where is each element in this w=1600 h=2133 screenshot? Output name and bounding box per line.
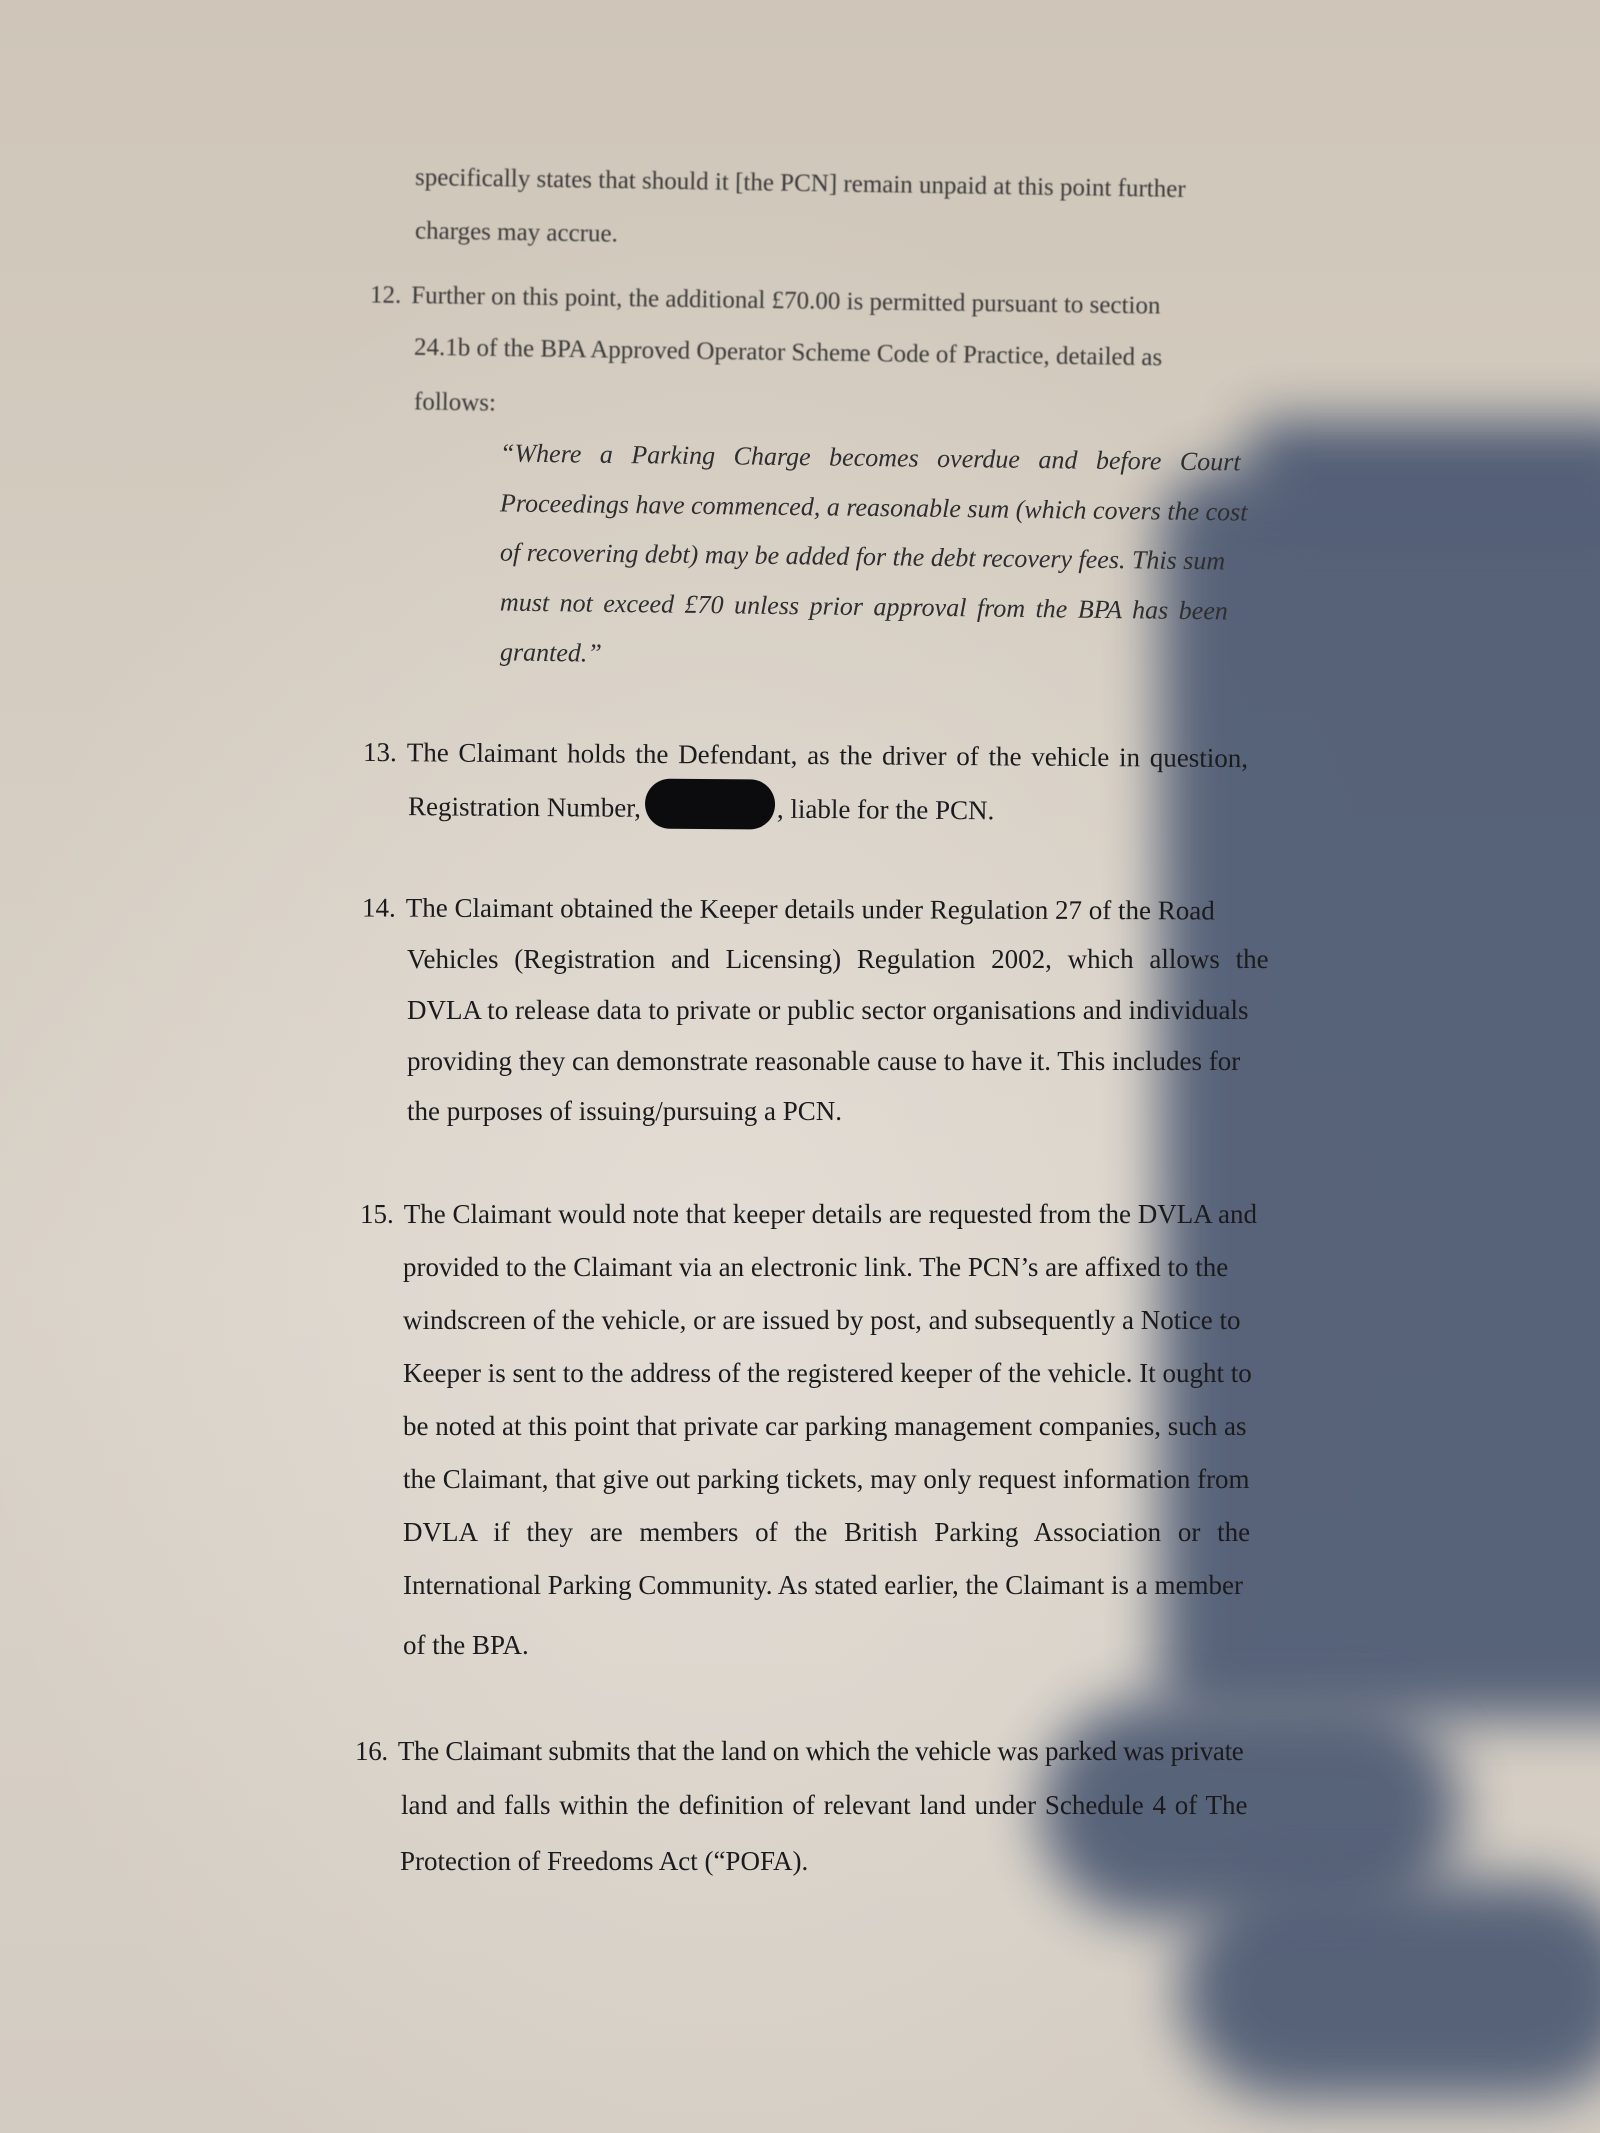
paragraph-line: provided to the Claimant via an electron… xyxy=(403,1254,1228,1281)
paragraph-number: 12. xyxy=(370,281,402,308)
paragraph-number: 13. xyxy=(363,737,397,767)
paragraph-line: land and falls within the definition of … xyxy=(401,1792,1248,1819)
paragraph-line: The Claimant obtained the Keeper details… xyxy=(406,893,1215,926)
paragraph-line: International Parking Community. As stat… xyxy=(403,1572,1243,1599)
paragraph-line: The Claimant holds the Defendant, as the… xyxy=(407,737,1248,773)
quote-line: “Where a Parking Charge becomes overdue … xyxy=(500,440,1241,475)
paragraph-line: Vehicles (Registration and Licensing) Re… xyxy=(407,946,1269,973)
quote-line: Proceedings have commenced, a reasonable… xyxy=(500,490,1248,525)
paragraph-number: 16. xyxy=(355,1736,388,1766)
paragraph-line: DVLA if they are members of the British … xyxy=(403,1519,1250,1546)
quote-line: must not exceed £70 unless prior approva… xyxy=(500,590,1228,625)
quote-line: granted.” xyxy=(500,639,602,666)
paragraph-line: the purposes of issuing/pursuing a PCN. xyxy=(407,1098,842,1125)
carryover-line: specifically states that should it [the … xyxy=(415,165,1323,204)
paragraph-line: 24.1b of the BPA Approved Operator Schem… xyxy=(414,335,1162,370)
paragraph-number: 14. xyxy=(362,893,396,923)
paragraph-line: The Claimant would note that keeper deta… xyxy=(404,1199,1257,1229)
paragraph-line: Further on this point, the additional £7… xyxy=(411,282,1161,319)
paragraph-line: DVLA to release data to private or publi… xyxy=(407,997,1249,1024)
paragraph-line: of the BPA. xyxy=(403,1632,529,1659)
hand-shadow xyxy=(1250,420,1600,520)
paragraph-number: 15. xyxy=(360,1199,394,1229)
paragraph-line: , liable for the PCN. xyxy=(777,794,995,826)
paragraph-line: Protection of Freedoms Act (“POFA). xyxy=(400,1848,808,1875)
carryover-line: charges may accrue. xyxy=(415,218,618,246)
paragraph-line: follows: xyxy=(414,389,496,415)
document-page: specifically states that should it [the … xyxy=(0,0,1600,2133)
redacted-registration-number xyxy=(645,779,775,830)
paragraph-line: be noted at this point that private car … xyxy=(403,1413,1247,1440)
paragraph-line: the Claimant, that give out parking tick… xyxy=(403,1466,1250,1493)
paragraph-line: Registration Number, xyxy=(408,791,641,823)
paragraph-line: windscreen of the vehicle, or are issued… xyxy=(403,1307,1241,1334)
paragraph-line: Keeper is sent to the address of the reg… xyxy=(403,1360,1252,1387)
paragraph-line: The Claimant submits that the land on wh… xyxy=(398,1736,1244,1766)
hand-shadow xyxy=(1180,1880,1600,2100)
paragraph-line: providing they can demonstrate reasonabl… xyxy=(407,1048,1240,1075)
quote-line: of recovering debt) may be added for the… xyxy=(500,540,1225,575)
